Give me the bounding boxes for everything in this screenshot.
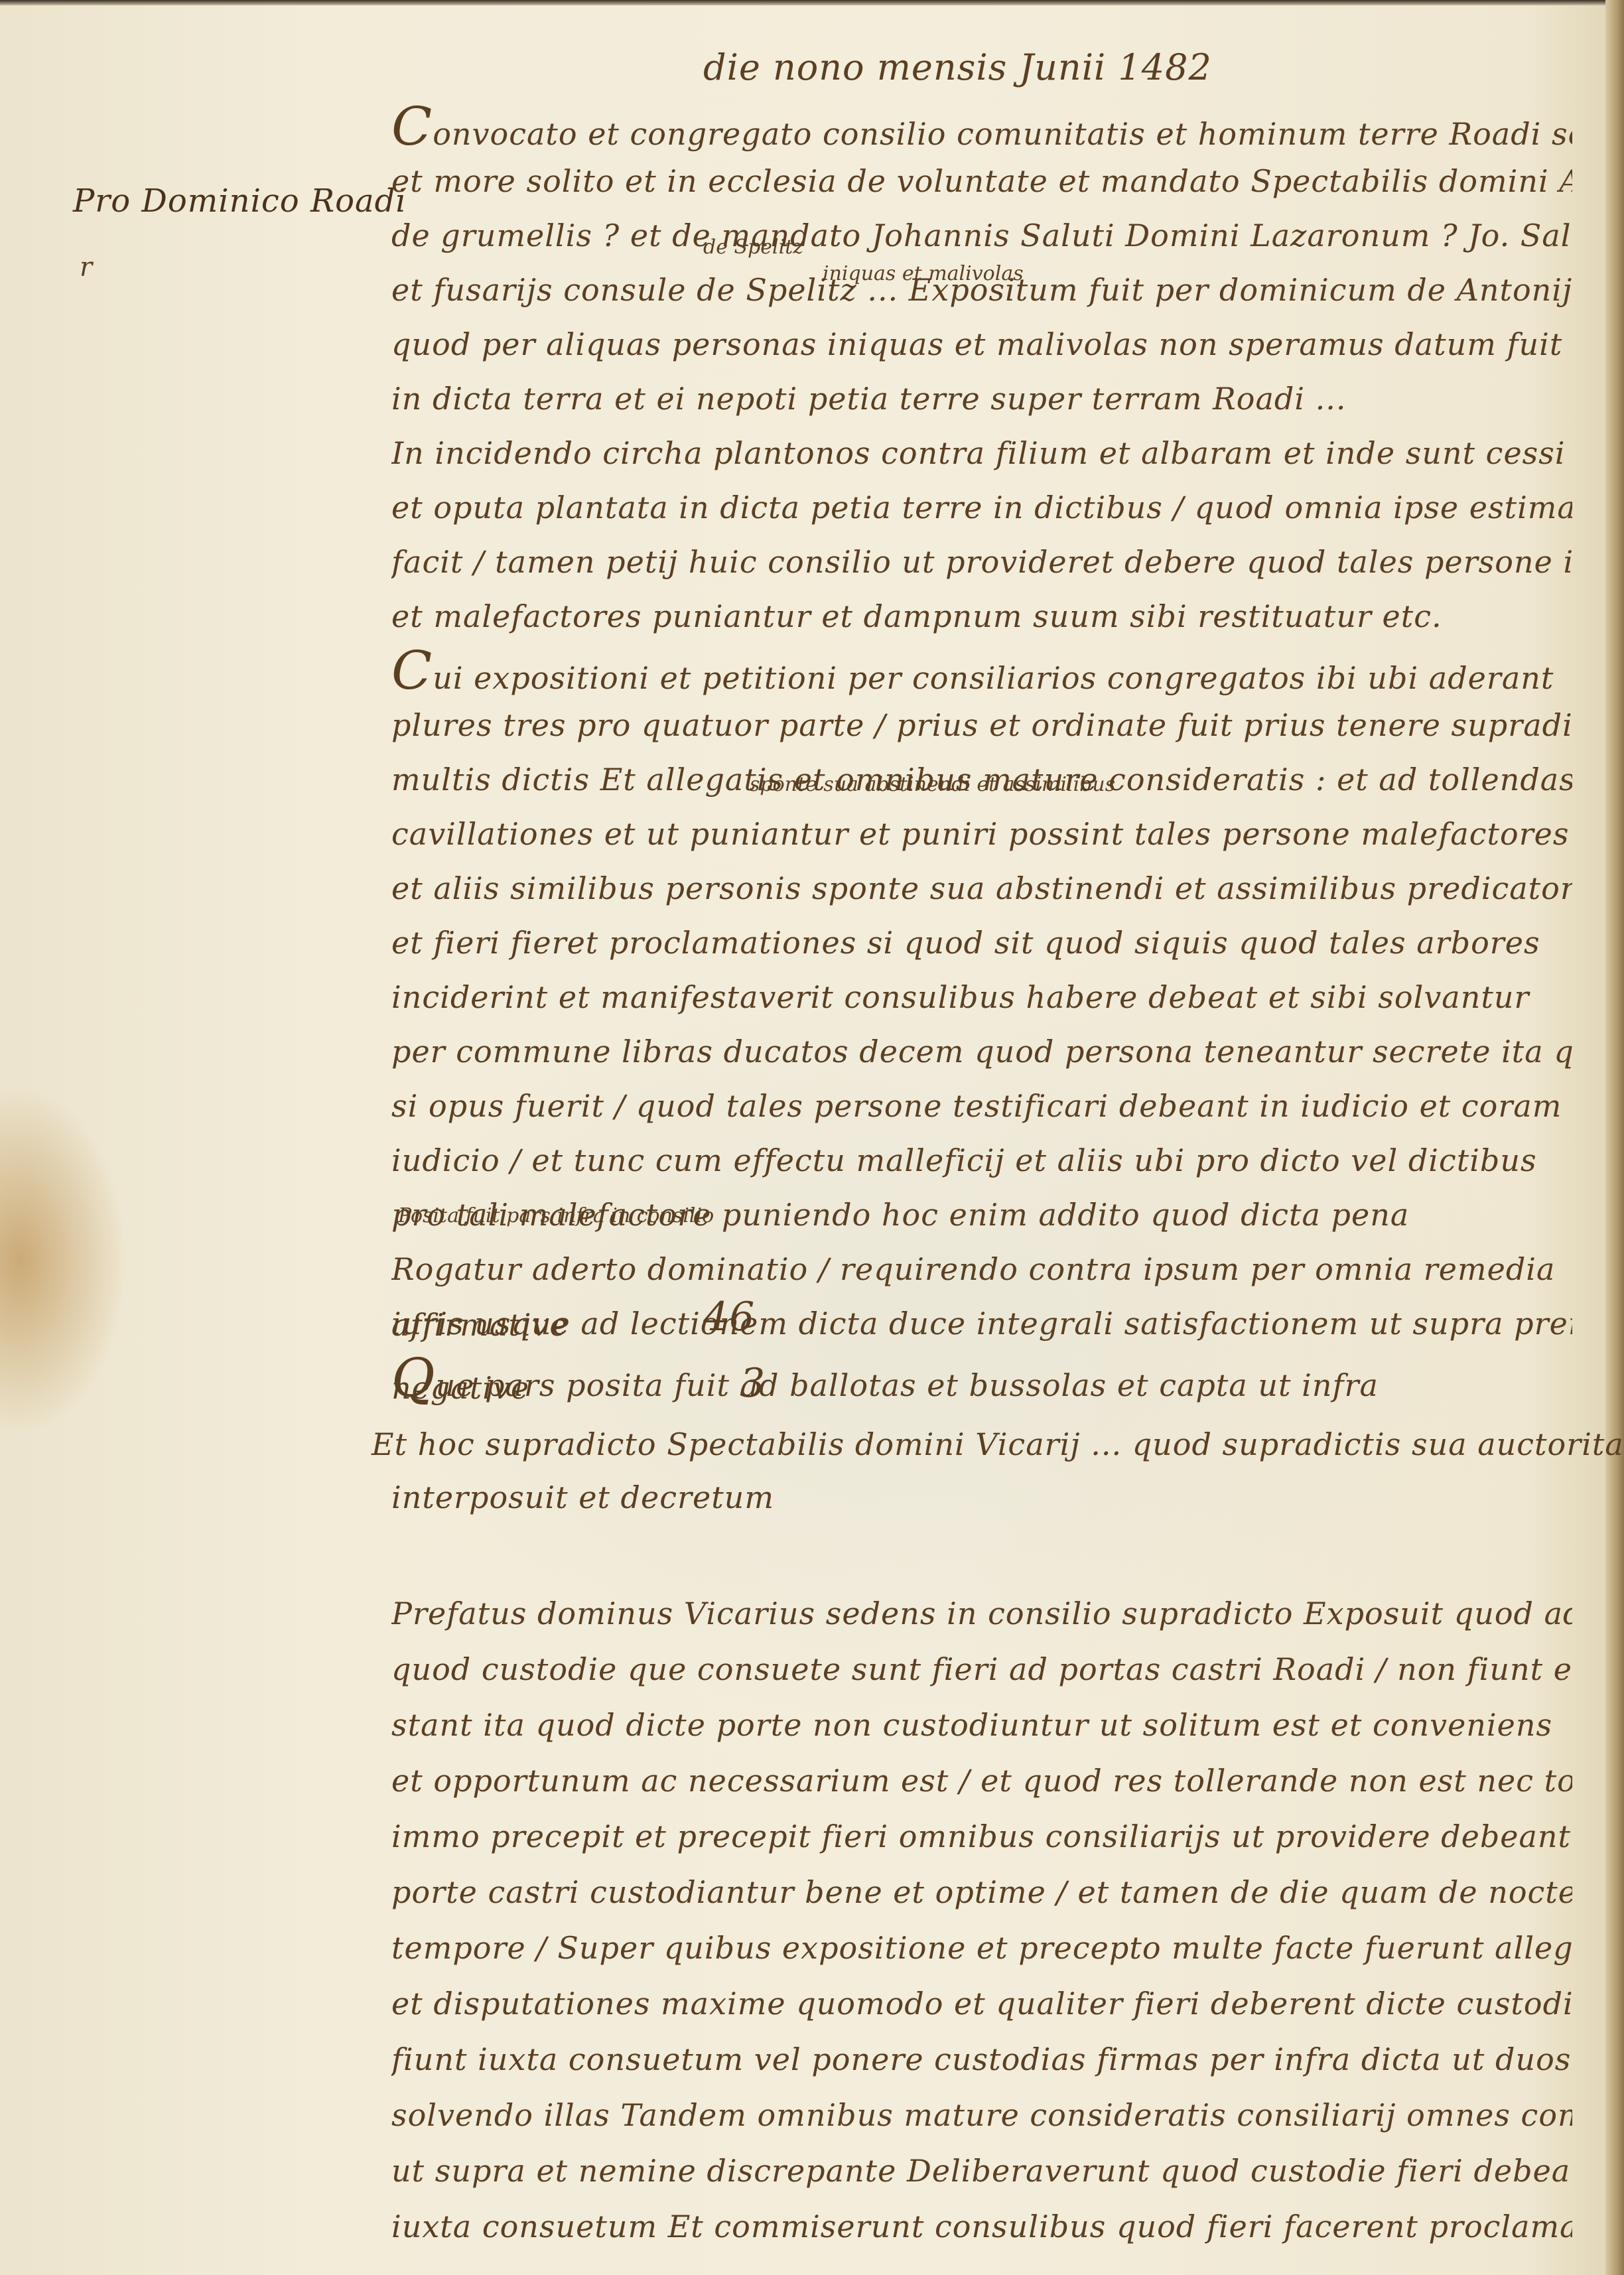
vote-affirmative-label: affirmative: [391, 1307, 569, 1343]
text-line: In incidendo circha plantonos contra fil…: [391, 426, 1572, 480]
text-line: in dicta terra et ei nepoti petia terre …: [391, 372, 1572, 426]
text-line: plures tres pro quatuor parte / prius et…: [391, 698, 1572, 752]
date-heading: die nono mensis Junii 1482: [703, 46, 1212, 88]
text-line: de grumellis ? et de mandato Johannis Sa…: [391, 208, 1572, 263]
text-line: et disputationes maxime quomodo et quali…: [391, 1976, 1572, 2032]
vote-affirmative-count: 46: [703, 1294, 755, 1340]
closing-line: Et hoc supradicto Spectabilis domini Vic…: [372, 1426, 1624, 1462]
interlinear-insertion: Posita fuit pars infra in consilio: [398, 1204, 714, 1227]
text-line: et malefactores puniantur et dampnum suu…: [391, 589, 1572, 644]
text-line: per commune libras ducatos decem quod pe…: [391, 1024, 1572, 1079]
text-line: Convocato et congregato consilio comunit…: [391, 100, 1572, 154]
interlinear-insertion: iniquas et malivolas: [823, 262, 1024, 285]
text-line: solvendo illas Tandem omnibus mature con…: [391, 2087, 1572, 2143]
interlinear-insertion: sponte sua abstinendi et assimilibus: [750, 773, 1115, 796]
text-line: stant ita quod dicte porte non custodiun…: [391, 1697, 1572, 1753]
text-line: Rogatur aderto dominatio / requirendo co…: [391, 1242, 1572, 1296]
text-line: et fieri fieret proclamationes si quod s…: [391, 916, 1572, 970]
text-line: cavillationes et ut puniantur et puniri …: [391, 807, 1572, 861]
text-line: Prefatus dominus Vicarius sedens in cons…: [391, 1586, 1572, 1641]
text-line: iuxta consuetum Et commiserunt consulibu…: [391, 2199, 1572, 2254]
text-line: et oputa plantata in dicta petia terre i…: [391, 480, 1572, 535]
margin-mark: r: [80, 252, 93, 283]
text-line: inciderint et manifestaverit consulibus …: [391, 970, 1572, 1024]
text-line: tempore / Super quibus expositione et pr…: [391, 1920, 1572, 1976]
text-line: facit / tamen petij huic consilio ut pro…: [391, 535, 1572, 589]
section2-text: Prefatus dominus Vicarius sedens in cons…: [391, 1586, 1572, 2254]
text-line: porte castri custodiantur bene et optime…: [391, 1864, 1572, 1920]
text-line: Cui expositioni et petitioni per consili…: [391, 644, 1572, 698]
vote-negative-label: negative: [391, 1370, 529, 1406]
text-line: iudicio / et tunc cum effectu malleficij…: [391, 1133, 1572, 1188]
motion-line: Que pars posita fuit ad ballotas et buss…: [391, 1351, 1572, 1405]
text-line: et more solito et in ecclesia de volunta…: [391, 154, 1572, 208]
closing-line: interposuit et decretum: [391, 1480, 774, 1515]
vote-negative-count: 3: [740, 1360, 766, 1407]
page-top-edge: [0, 0, 1624, 5]
text-line: si opus fuerit / quod tales persone test…: [391, 1079, 1572, 1133]
text-line: et aliis similibus personis sponte sua a…: [391, 861, 1572, 916]
text-line: immo precepit et precepit fieri omnibus …: [391, 1809, 1572, 1864]
text-line: iuris usque ad lectionem dicta duce inte…: [391, 1296, 1572, 1351]
text-line: quod custodie que consuete sunt fieri ad…: [391, 1641, 1572, 1697]
text-line: fiunt iuxta consuetum vel ponere custodi…: [391, 2032, 1572, 2087]
text-line: quod per aliquas personas iniquas et mal…: [391, 317, 1572, 372]
text-line: ut supra et nemine discrepante Deliberav…: [391, 2143, 1572, 2199]
margin-note: Pro Dominico Roadi: [73, 182, 407, 220]
interlinear-insertion: de Spelitz: [703, 236, 803, 259]
text-line: et opportunum ac necessarium est / et qu…: [391, 1753, 1572, 1809]
page-binding-edge: [1605, 0, 1624, 2275]
